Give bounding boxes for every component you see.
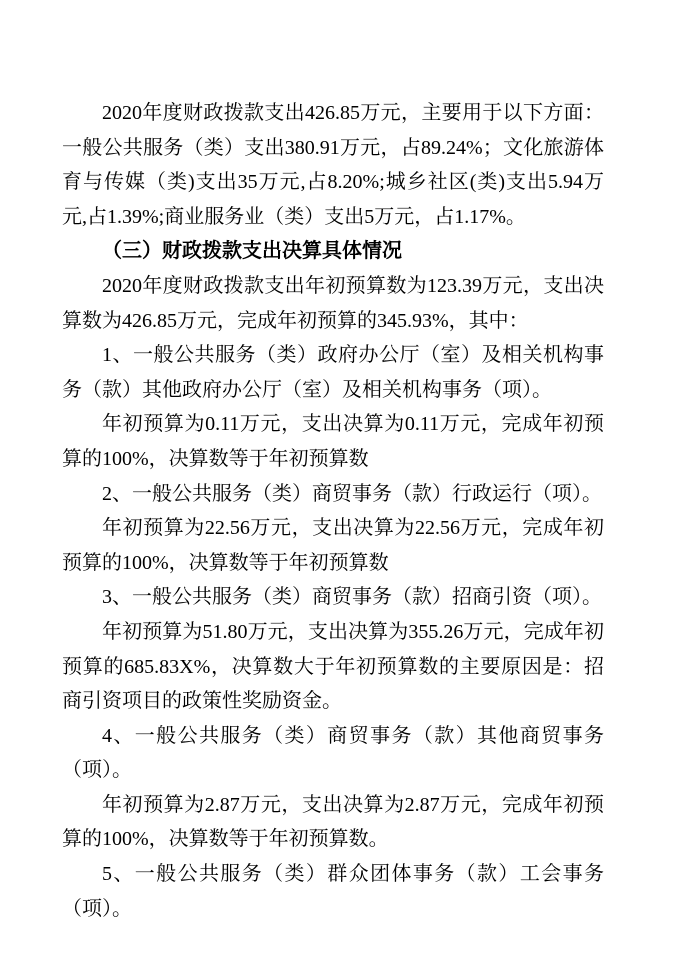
document-page: 2020年度财政拨款支出426.85万元，主要用于以下方面：一般公共服务（类）支… xyxy=(0,0,682,965)
item-1-title: 1、一般公共服务（类）政府办公厅（室）及相关机构事务（款）其他政府办公厅（室）及… xyxy=(62,338,604,407)
intro-paragraph: 2020年度财政拨款支出426.85万元，主要用于以下方面：一般公共服务（类）支… xyxy=(62,96,604,234)
item-2-detail: 年初预算为22.56万元，支出决算为22.56万元，完成年初预算的100%，决算… xyxy=(62,511,604,580)
item-4-title: 4、一般公共服务（类）商贸事务（款）其他商贸事务（项）。 xyxy=(62,719,604,788)
item-3-detail: 年初预算为51.80万元，支出决算为355.26万元，完成年初预算的685.83… xyxy=(62,615,604,719)
item-3-title: 3、一般公共服务（类）商贸事务（款）招商引资（项）。 xyxy=(62,580,604,615)
item-4-detail: 年初预算为2.87万元，支出决算为2.87万元，完成年初预算的100%，决算数等… xyxy=(62,788,604,857)
section-heading: （三）财政拨款支出决算具体情况 xyxy=(62,234,604,269)
item-1-detail: 年初预算为0.11万元，支出决算为0.11万元，完成年初预算的100%，决算数等… xyxy=(62,407,604,476)
summary-paragraph: 2020年度财政拨款支出年初预算数为123.39万元，支出决算数为426.85万… xyxy=(62,269,604,338)
item-5-title: 5、一般公共服务（类）群众团体事务（款）工会事务（项）。 xyxy=(62,857,604,926)
item-2-title: 2、一般公共服务（类）商贸事务（款）行政运行（项）。 xyxy=(62,477,604,512)
